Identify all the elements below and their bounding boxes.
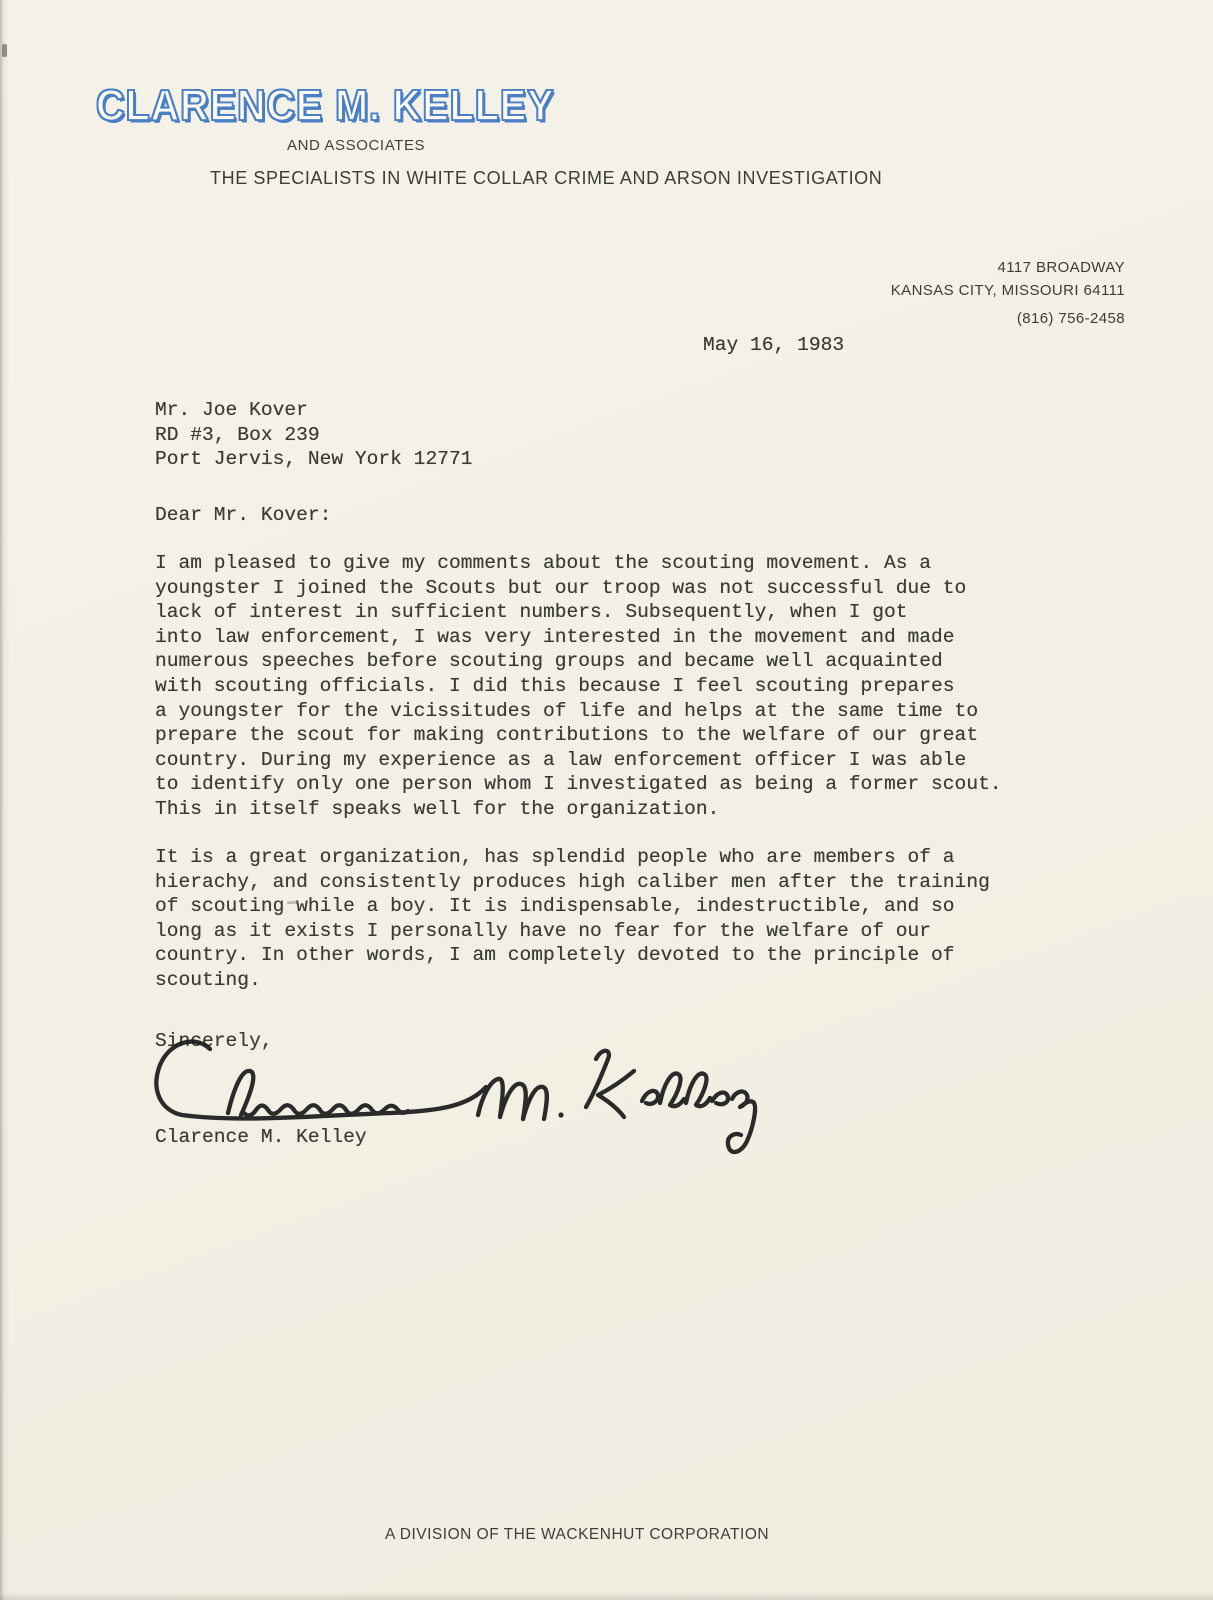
address-line-1: 4117 BROADWAY <box>891 256 1125 279</box>
scan-speck <box>2 44 7 57</box>
typed-name: Clarence M. Kelley <box>155 1125 367 1150</box>
address-line-2: KANSAS CITY, MISSOURI 64111 <box>891 279 1125 302</box>
recipient-address: Mr. Joe Kover RD #3, Box 239 Port Jervis… <box>155 398 472 472</box>
letterhead-logo: CLARENCE M. KELLEY <box>96 84 554 128</box>
scan-edge-left <box>0 0 10 1600</box>
letterhead-address: 4117 BROADWAY KANSAS CITY, MISSOURI 6411… <box>891 256 1125 330</box>
footer-text: A DIVISION OF THE WACKENHUT CORPORATION <box>385 1526 769 1544</box>
letterhead-subtitle: AND ASSOCIATES <box>287 137 425 154</box>
body-paragraph-1: I am pleased to give my comments about t… <box>155 551 1055 822</box>
phone-number: (816) 756-2458 <box>891 307 1125 330</box>
letter-date: May 16, 1983 <box>703 333 844 358</box>
body-paragraph-2: It is a great organization, has splendid… <box>155 845 1055 993</box>
letterhead-tagline: THE SPECIALISTS IN WHITE COLLAR CRIME AN… <box>210 168 882 189</box>
letter-page: CLARENCE M. KELLEY AND ASSOCIATES THE SP… <box>0 0 1213 1600</box>
salutation: Dear Mr. Kover: <box>155 503 331 528</box>
scan-edge-bottom <box>0 1592 1213 1600</box>
